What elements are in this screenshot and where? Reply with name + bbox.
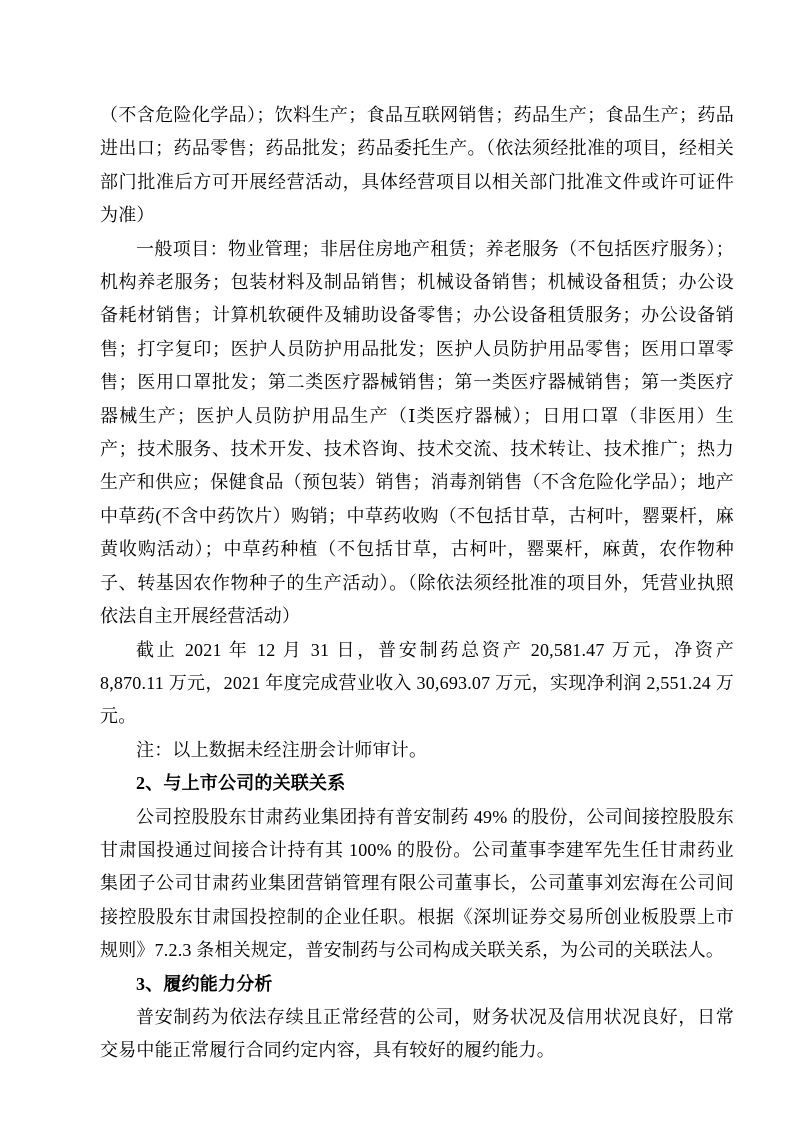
document-page: （不含危险化学品）；饮料生产；食品互联网销售；药品生产；食品生产；药品进出口；药…	[0, 0, 793, 1122]
paragraph-performance-ability-detail: 普安制药为依法存续且正常经营的公司，财务状况及信用状况良好，日常交易中能正常履行…	[100, 1001, 734, 1068]
paragraph-audit-note: 注：以上数据未经注册会计师审计。	[100, 734, 734, 767]
paragraph-related-relationship-detail: 公司控股股东甘肃药业集团持有普安制药 49% 的股份，公司间接控股股东甘肃国投通…	[100, 801, 734, 968]
paragraph-business-scope-continued: （不含危险化学品）；饮料生产；食品互联网销售；药品生产；食品生产；药品进出口；药…	[100, 99, 734, 233]
paragraph-financial-figures: 截止 2021 年 12 月 31 日，普安制药总资产 20,581.47 万元…	[100, 634, 734, 734]
section-heading-related-relationship: 2、与上市公司的关联关系	[100, 767, 734, 800]
document-body: （不含危险化学品）；饮料生产；食品互联网销售；药品生产；食品生产；药品进出口；药…	[100, 99, 734, 1068]
section-heading-performance-ability: 3、履约能力分析	[100, 968, 734, 1001]
paragraph-general-business-items: 一般项目：物业管理；非居住房地产租赁；养老服务（不包括医疗服务）；机构养老服务；…	[100, 233, 734, 634]
